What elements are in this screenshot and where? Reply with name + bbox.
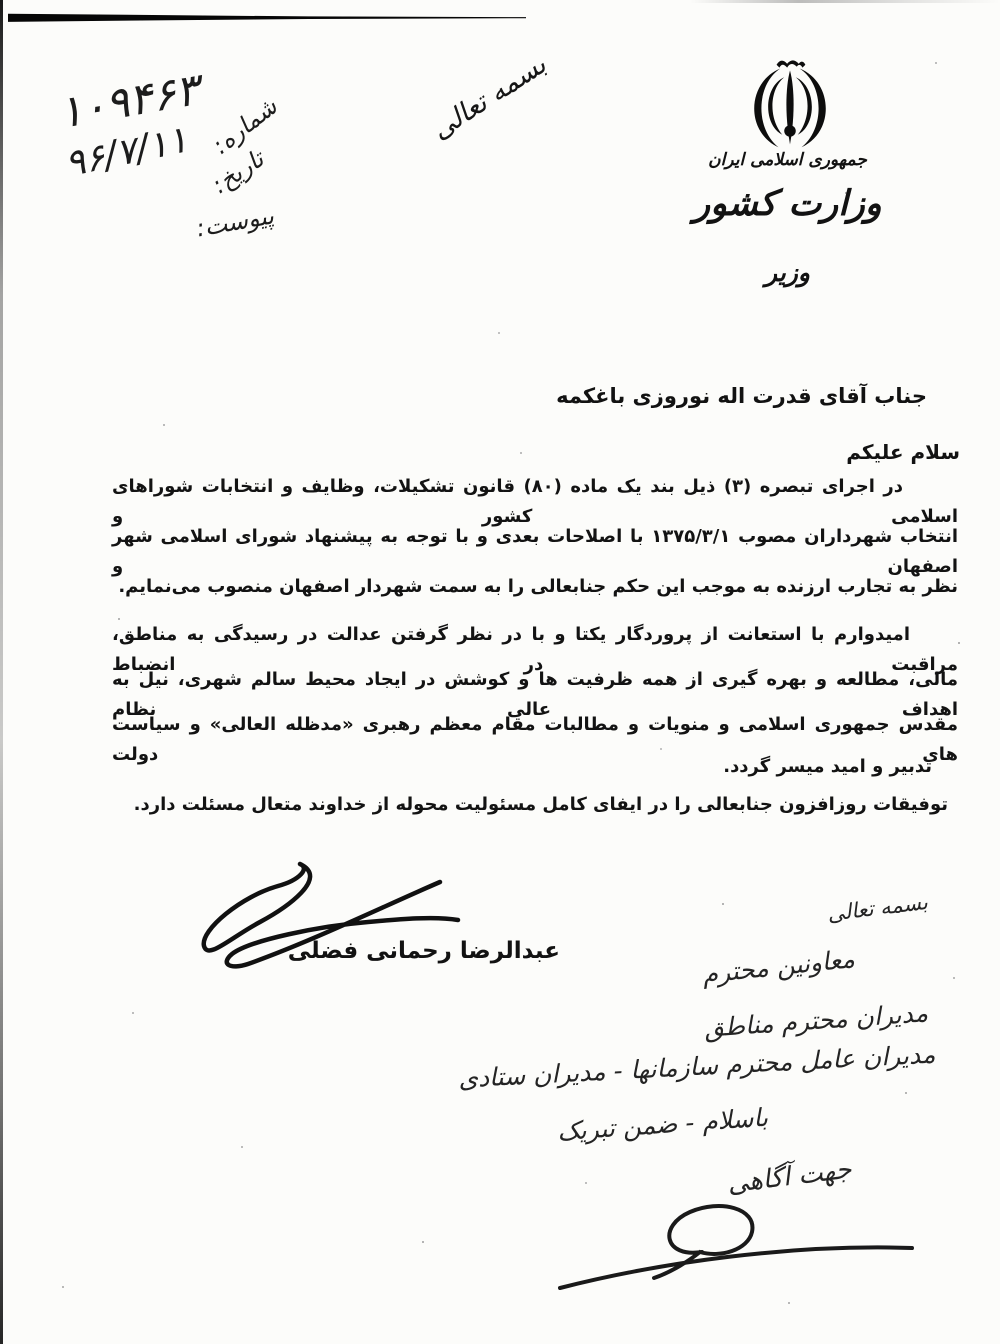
note-line-district-managers: مدیران محترم مناطق	[703, 998, 929, 1043]
body-line: توفیقات روزافزون جنابعالی را در ایفای کا…	[112, 790, 958, 820]
scan-edge-left	[0, 0, 3, 1344]
salutation: سلام علیکم	[846, 440, 960, 464]
ref-date-label: تاریخ:	[207, 145, 269, 199]
ministry-name: وزارت کشور	[675, 184, 900, 224]
ref-attachment-label: پیوست:	[194, 201, 276, 242]
minister-signature-icon	[190, 856, 470, 986]
country-name: جمهوری اسلامی ایران	[675, 150, 900, 170]
scan-noise-dots	[0, 0, 2, 2]
signer-name: عبدالرضا رحمانی فضلی	[288, 938, 560, 964]
body-line: تدبیر و امید میسر گردد.	[112, 752, 958, 782]
scan-artifact-faint-line	[690, 0, 1000, 3]
note-line-org-managers: مدیران عامل محترم سازمانها - مدیران ستاد…	[458, 1040, 936, 1094]
body-line: نظر به تجارب ارزنده به موجب این حکم جناب…	[112, 572, 958, 602]
note-bismillah: بسمه تعالی	[826, 890, 929, 926]
note-line-for-information: جهت آگاهی	[726, 1155, 853, 1200]
minister-title: وزیر	[675, 258, 900, 287]
bismillah-calligraphy: بسمه تعالی	[426, 49, 552, 146]
note-signature-flourish-icon	[552, 1200, 920, 1295]
note-line-greeting: باسلام - ضمن تبریک	[556, 1103, 769, 1147]
note-line-deputies: معاونین محترم	[701, 944, 856, 989]
recipient-name: جناب آقای قدرت اله نوروزی باغکمه	[556, 384, 927, 408]
scan-artifact-line	[8, 13, 526, 22]
scanned-letter-page: ۱۰۹۴۶۳ ۹۶/۷/۱۱ شماره: تاریخ: پیوست: بسمه…	[0, 0, 1000, 1344]
iran-emblem-icon	[742, 58, 838, 154]
